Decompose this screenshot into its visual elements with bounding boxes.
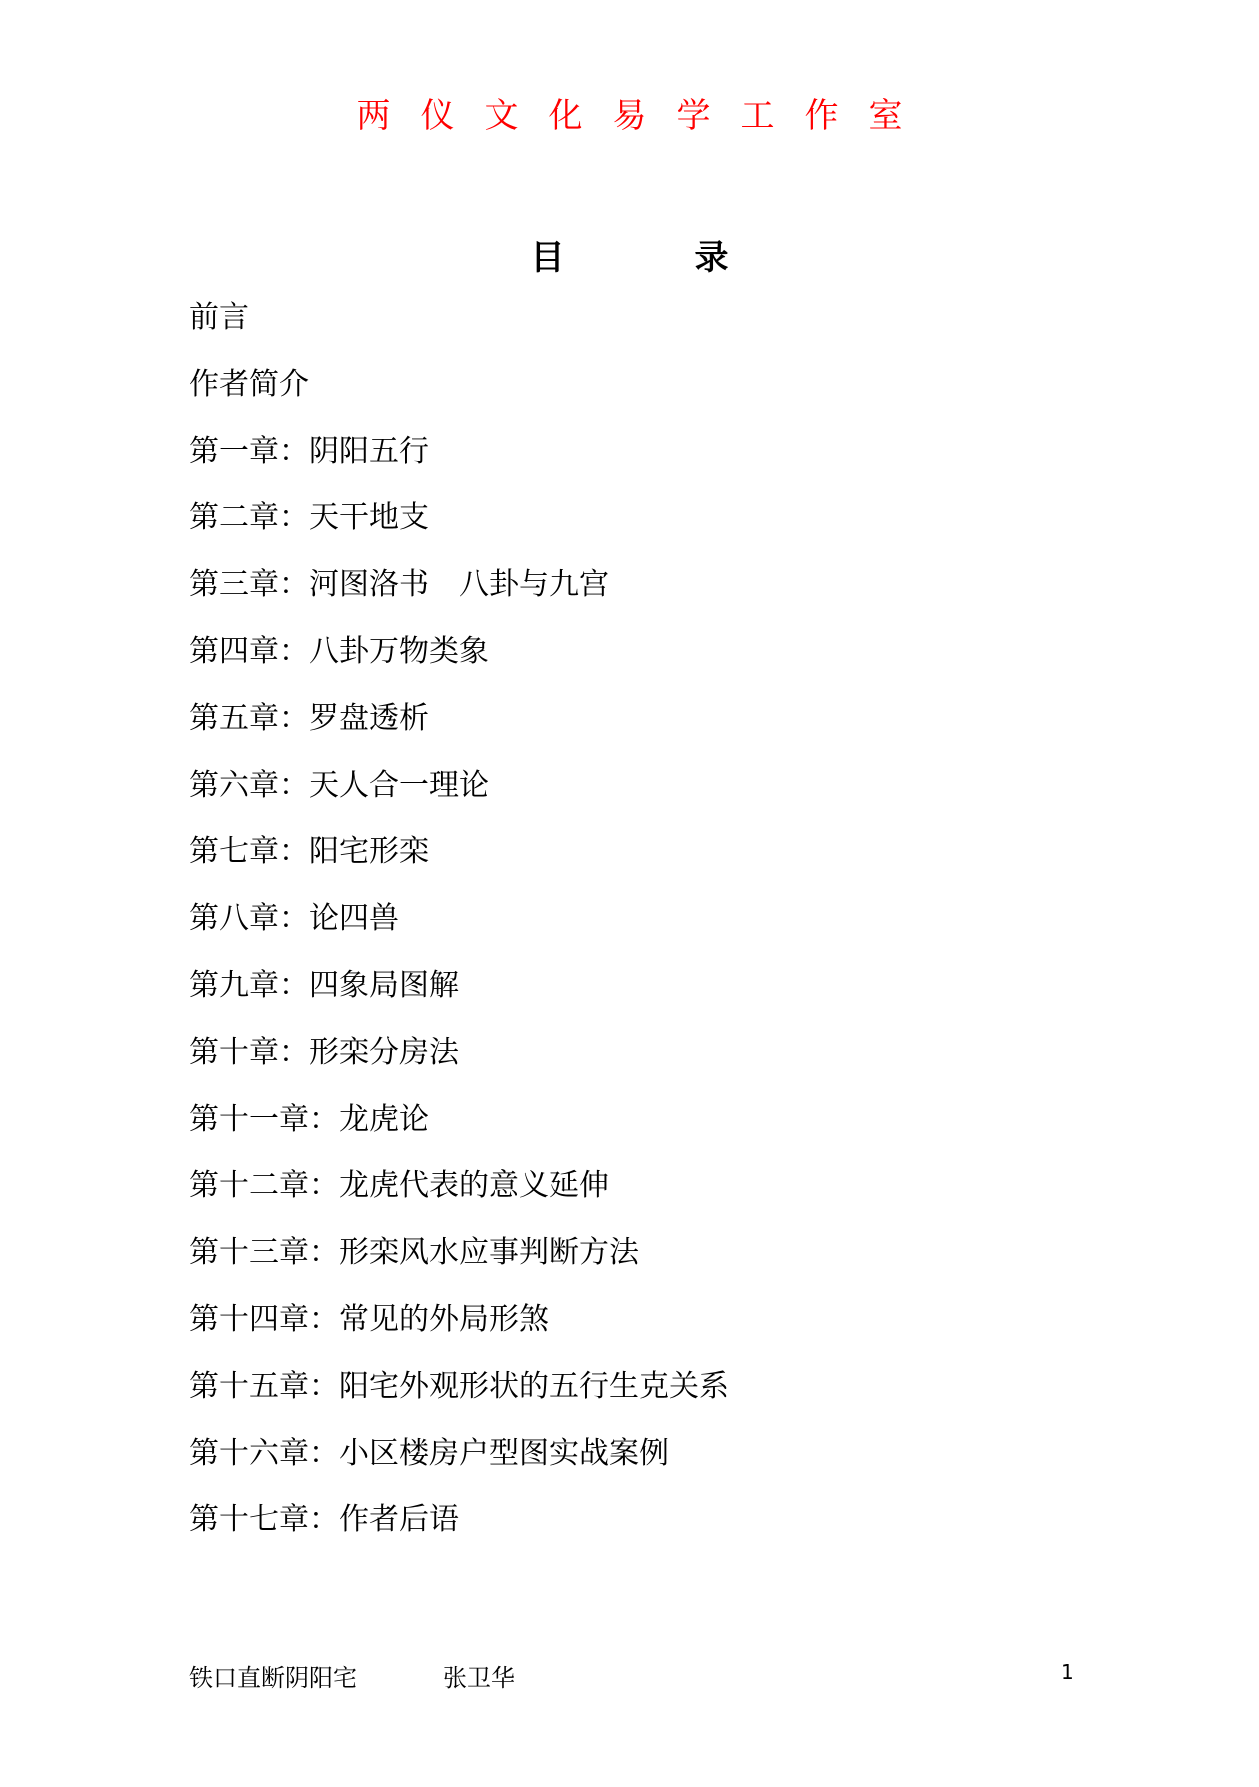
- toc-item-chapter-2[interactable]: 第二章：天干地支: [189, 496, 729, 563]
- toc-item-chapter-5[interactable]: 第五章：罗盘透析: [189, 697, 729, 764]
- toc-title-char-2: 录: [695, 230, 729, 279]
- toc-title: 目 录: [0, 230, 1259, 279]
- studio-header: 两仪文化易学工作室: [0, 88, 1259, 137]
- toc-item-chapter-8[interactable]: 第八章：论四兽: [189, 897, 729, 964]
- toc-item-chapter-14[interactable]: 第十四章：常见的外局形煞: [189, 1298, 729, 1365]
- page-number: 1: [1061, 1660, 1074, 1684]
- toc-item-chapter-10[interactable]: 第十章：形栾分房法: [189, 1031, 729, 1098]
- toc-list: 前言 作者简介 第一章：阴阳五行 第二章：天干地支 第三章：河图洛书 八卦与九宫…: [189, 296, 729, 1565]
- footer-book-title: 铁口直断阴阳宅: [189, 1658, 357, 1693]
- toc-item-preface[interactable]: 前言: [189, 296, 729, 363]
- toc-item-chapter-12[interactable]: 第十二章：龙虎代表的意义延伸: [189, 1164, 729, 1231]
- toc-item-chapter-15[interactable]: 第十五章：阳宅外观形状的五行生克关系: [189, 1365, 729, 1432]
- toc-item-chapter-6[interactable]: 第六章：天人合一理论: [189, 764, 729, 831]
- toc-item-chapter-11[interactable]: 第十一章：龙虎论: [189, 1098, 729, 1165]
- footer-author: 张卫华: [443, 1658, 515, 1693]
- toc-item-chapter-16[interactable]: 第十六章：小区楼房户型图实战案例: [189, 1432, 729, 1499]
- toc-item-chapter-17[interactable]: 第十七章：作者后语: [189, 1498, 729, 1565]
- toc-title-char-1: 目: [531, 230, 565, 279]
- toc-item-chapter-1[interactable]: 第一章：阴阳五行: [189, 430, 729, 497]
- toc-item-chapter-13[interactable]: 第十三章：形栾风水应事判断方法: [189, 1231, 729, 1298]
- toc-item-author-intro[interactable]: 作者简介: [189, 363, 729, 430]
- toc-item-chapter-3[interactable]: 第三章：河图洛书 八卦与九宫: [189, 563, 729, 630]
- toc-item-chapter-7[interactable]: 第七章：阳宅形栾: [189, 830, 729, 897]
- toc-item-chapter-4[interactable]: 第四章：八卦万物类象: [189, 630, 729, 697]
- toc-item-chapter-9[interactable]: 第九章：四象局图解: [189, 964, 729, 1031]
